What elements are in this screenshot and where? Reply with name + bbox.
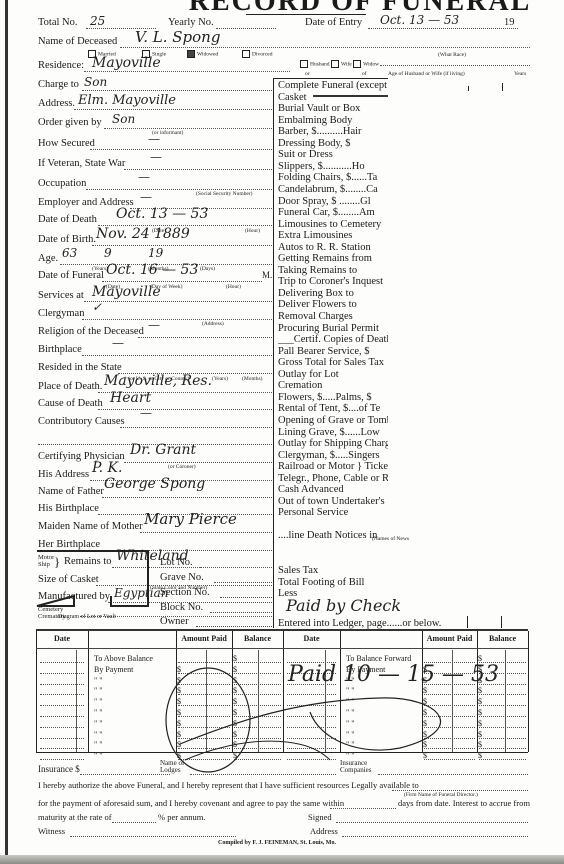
how-secured-label: How Secured: [38, 138, 95, 149]
services-at-value: Mayoville: [92, 284, 161, 300]
race-caption: (What Race): [438, 52, 466, 58]
veteran-label: If Veteran, State War: [38, 158, 125, 169]
right-ledger-balance-field[interactable]: [479, 697, 526, 706]
left-dollar-sign: $: [233, 740, 237, 749]
date-of-funeral-label: Date of Funeral: [38, 270, 104, 281]
cause-of-death-label: Cause of Death: [38, 398, 103, 409]
death-hour-caption: (Hour): [245, 228, 260, 234]
section-no-label: Section No.: [160, 587, 210, 598]
date-of-funeral-value: Oct. 16 — 53: [106, 262, 198, 278]
order-given-by-label: Order given by: [38, 117, 102, 128]
ledger-bottom-rule: [36, 752, 528, 753]
signed-label: Signed: [308, 812, 332, 822]
right-dollar-sign: $: [423, 686, 427, 695]
charge-item[interactable]: Rental of Tent, $....of Te: [278, 403, 388, 414]
per-annum-label: % per annum.: [158, 812, 205, 822]
date-of-death-label: Date of Death: [38, 214, 97, 225]
left-dollar-sign: $: [233, 676, 237, 685]
left-dollar-sign: $: [177, 719, 181, 728]
left-ledger-amount-field[interactable]: [178, 665, 230, 674]
left-ledger-date-field[interactable]: [40, 662, 84, 663]
am-pm-label: M.: [262, 270, 272, 280]
her-birthplace-label: Her Birthplace: [38, 539, 100, 550]
left-ledger-row-label: " ": [94, 730, 103, 739]
owner-label: Owner: [160, 616, 189, 627]
left-ledger-header-rule: [36, 648, 283, 649]
charge-item[interactable]: Autos to R. R. Station: [278, 242, 388, 253]
ledger-signature: Paid by Check: [286, 596, 401, 615]
charge-item[interactable]: Removal Charges: [278, 311, 388, 322]
charge-item[interactable]: Procuring Burial Permit: [278, 323, 388, 334]
religion-value: —: [148, 318, 160, 332]
right-ledger-header-balance: Balance: [477, 634, 528, 643]
spouse-of-label: of: [362, 71, 367, 77]
diagram-caption: Diagram of Lot or Vault: [58, 614, 116, 620]
right-ledger-date-field[interactable]: [287, 748, 336, 749]
left-dollar-sign: $: [177, 708, 181, 717]
left-dollar-sign: $: [177, 730, 181, 739]
left-ledger-date-field[interactable]: [40, 738, 84, 739]
right-ledger-amount-field[interactable]: [424, 719, 475, 728]
right-dollar-sign: $: [423, 708, 427, 717]
left-dollar-sign: $: [233, 708, 237, 717]
left-ledger-balance-field[interactable]: [234, 654, 281, 663]
manufactured-by-label: Manufactured by: [38, 591, 110, 602]
yearly-no-field[interactable]: [216, 28, 276, 29]
charge-item[interactable]: Trip to Coroner's Inquest: [278, 276, 388, 287]
left-ledger-date-field[interactable]: [40, 705, 84, 706]
right-ledger-amount-field[interactable]: [424, 730, 475, 739]
residence-field[interactable]: [84, 71, 290, 72]
lodges-field[interactable]: [190, 774, 336, 775]
marital-divorced[interactable]: Divorced: [242, 50, 272, 58]
grave-no-field[interactable]: [214, 582, 272, 583]
right-ledger-row-label: " ": [346, 719, 355, 728]
charge-item[interactable]: Burial Vault or Box: [278, 103, 388, 114]
charge-item[interactable]: Embalming Body: [278, 115, 388, 126]
left-dollar-sign: $: [177, 686, 181, 695]
spouse-options[interactable]: Husband Wife Widow: [300, 60, 379, 68]
charge-to-label: Charge to: [38, 79, 79, 90]
motor-ship-label: Motor Ship: [38, 554, 54, 568]
cause-of-death-value: Heart: [110, 390, 151, 406]
right-dollar-sign: $: [478, 719, 482, 728]
his-address-label: His Address: [38, 469, 89, 480]
left-ledger-balance-field[interactable]: [234, 697, 281, 706]
witness-field[interactable]: [70, 836, 236, 837]
date-of-birth-field[interactable]: [92, 245, 272, 246]
charge-item[interactable]: Extra Limousines: [278, 230, 388, 241]
spouse-or-label: or: [305, 71, 310, 77]
left-ledger-amount-field[interactable]: [178, 676, 230, 685]
right-dollar-sign: $: [478, 740, 482, 749]
interest-rate-field[interactable]: [112, 822, 156, 823]
ledger-tick-1: [467, 616, 468, 628]
authorization-line-3: maturity at the rate of: [38, 812, 112, 822]
ledger-top-rule: [36, 629, 528, 631]
authorization-line-2: for the payment of aforesaid sum, and I …: [38, 798, 344, 808]
left-ledger-amount-field[interactable]: [178, 686, 230, 695]
owner-field[interactable]: [196, 626, 272, 627]
brace: }: [54, 554, 60, 570]
how-secured-field[interactable]: [90, 149, 272, 150]
left-ledger-col-border: [88, 631, 89, 752]
right-ledger-balance-field[interactable]: [479, 719, 526, 728]
charge-item[interactable]: Taking Remains to: [278, 265, 388, 276]
left-ledger-amount-field[interactable]: [178, 654, 230, 663]
left-dollar-sign: $: [177, 697, 181, 706]
how-secured-value: —: [148, 132, 160, 146]
age-label: Age.: [38, 253, 58, 264]
cause-of-death-field[interactable]: [98, 409, 272, 410]
firm-name-field[interactable]: [392, 790, 528, 791]
left-ledger-amount-field[interactable]: [178, 740, 230, 749]
left-ledger-row-label: " ": [94, 697, 103, 706]
charge-item[interactable]: Personal Service: [278, 507, 388, 518]
right-dollar-sign: $: [423, 719, 427, 728]
veteran-value: —: [150, 150, 162, 164]
left-ledger-col-border: [36, 631, 37, 752]
right-dollar-sign: $: [478, 730, 482, 739]
date-of-birth-value: Nov. 24 1889: [96, 226, 190, 242]
right-ledger-balance-field[interactable]: [479, 730, 526, 739]
coroner-caption: (or Coroner): [168, 464, 196, 470]
charge-item[interactable]: ___Certif. Copies of Death C: [278, 334, 388, 345]
order-given-by-field[interactable]: [104, 128, 272, 129]
charge-item[interactable]: Casket: [278, 92, 388, 103]
left-ledger-balance-field[interactable]: [234, 719, 281, 728]
left-ledger-amount-field[interactable]: [178, 708, 230, 717]
block-no-label: Block No.: [160, 602, 203, 613]
left-dollar-sign: $: [233, 719, 237, 728]
left-ledger-header-date: Date: [36, 634, 88, 643]
left-ledger-balance-field[interactable]: [234, 730, 281, 739]
left-ledger-row-label: " ": [94, 719, 103, 728]
days-caption: (Days): [200, 266, 215, 272]
clergyman-field[interactable]: [82, 319, 272, 320]
charges-top-border: [273, 78, 388, 79]
name-of-father-value: George Spong: [104, 476, 205, 492]
charge-item[interactable]: Telegr., Phone, Cable or R: [278, 473, 388, 484]
right-ledger-amount-field[interactable]: [424, 708, 475, 717]
maiden-name-of-mother-value: Mary Pierce: [144, 510, 237, 528]
maiden-name-of-mother-label: Maiden Name of Mother: [38, 521, 143, 532]
section-no-field[interactable]: [220, 597, 272, 598]
charge-item[interactable]: Railroad or Motor } Tickets, $: [278, 461, 388, 472]
right-ledger-date-field[interactable]: [287, 705, 336, 706]
widow-checkbox[interactable]: [353, 60, 361, 68]
spouse-name-field[interactable]: [380, 65, 530, 66]
charge-item[interactable]: Suit or Dress: [278, 149, 388, 160]
left-ledger-balance-field[interactable]: [234, 740, 281, 749]
husband-checkbox[interactable]: [300, 60, 308, 68]
wife-checkbox[interactable]: [331, 60, 339, 68]
right-ledger-date-field[interactable]: [287, 727, 336, 728]
insurance-field[interactable]: [80, 774, 170, 775]
right-ledger-header-rule: [283, 648, 528, 649]
age-days-value: 19: [148, 246, 163, 260]
right-ledger-balance-field[interactable]: [479, 708, 526, 717]
grave-no-label: Grave No.: [160, 572, 204, 583]
maiden-name-of-mother-field[interactable]: [140, 532, 272, 533]
charge-item[interactable]: Delivering Box to: [278, 288, 388, 299]
insurance-companies-label: Insurance Companies: [340, 760, 380, 774]
residence-label: Residence:: [38, 60, 84, 71]
name-of-deceased-value: V. L. Spong: [135, 28, 220, 46]
charge-item[interactable]: Lining Grave, $......Low: [278, 427, 388, 438]
charge-to-value: Son: [84, 75, 107, 89]
charge-item[interactable]: Pall Bearer Service, $: [278, 346, 388, 357]
payment-entry-value: Paid 10 — 15 — 53: [288, 662, 499, 687]
divorced-checkbox[interactable]: [242, 50, 250, 58]
left-dollar-sign: $: [233, 654, 237, 663]
employer-value: —: [140, 190, 152, 204]
contributory-causes-field[interactable]: [120, 427, 272, 428]
lot-no-field[interactable]: [200, 567, 272, 568]
total-no-label: Total No.: [38, 17, 78, 28]
spouse-years-caption: Years: [514, 71, 526, 77]
right-dollar-sign: $: [478, 708, 482, 717]
right-ledger-date-field[interactable]: [287, 694, 336, 695]
left-dollar-sign: $: [177, 665, 181, 674]
charge-to-field[interactable]: [82, 90, 272, 91]
right-ledger-col-border: [340, 631, 341, 752]
charge-item[interactable]: Out of town Undertaker's: [278, 496, 388, 507]
charges-left-border: [273, 78, 274, 628]
address-field[interactable]: [74, 109, 272, 110]
occupation-label: Occupation: [38, 178, 86, 189]
date-of-entry-value: Oct. 13 — 53: [380, 13, 459, 27]
right-dollar-sign: $: [423, 730, 427, 739]
his-birthplace-label: His Birthplace: [38, 503, 99, 514]
scan-bottom-edge: [0, 855, 564, 864]
ssn-caption: (Social Security Number): [196, 191, 253, 197]
name-of-father-field[interactable]: [102, 497, 272, 498]
left-ledger-date-field[interactable]: [40, 684, 84, 685]
funeral-record-page: RECORD OF FUNERAL Total No. 25 Yearly No…: [0, 0, 564, 864]
right-ledger-date-field[interactable]: [287, 738, 336, 739]
name-of-deceased-label: Name of Deceased: [38, 36, 117, 47]
charge-item[interactable]: Getting Remains from: [278, 253, 388, 264]
document-title: RECORD OF FUNERAL: [170, 0, 550, 18]
contributory-causes-label: Contributory Causes: [38, 416, 125, 427]
insurance-label: Insurance $: [38, 764, 80, 774]
clergyman-address-caption: (Address): [202, 321, 224, 327]
charge-item[interactable]: Opening of Grave or Tomb: [278, 415, 388, 426]
certifying-physician-value: Dr. Grant: [130, 442, 196, 458]
charge-item[interactable]: Deliver Flowers to: [278, 299, 388, 310]
yearly-no-label: Yearly No.: [168, 17, 214, 28]
date-of-entry-label: Date of Entry: [305, 17, 362, 28]
right-ledger-row-label: " ": [346, 708, 355, 717]
entered-into-ledger-label: Entered into Ledger, page......or below.: [278, 618, 441, 629]
left-dollar-sign: $: [233, 686, 237, 695]
lodges-label: Name of Lodges: [160, 760, 190, 774]
left-ledger-row-label: By Payment: [94, 665, 133, 674]
charge-item[interactable]: Candelabrum, $........Ca: [278, 184, 388, 195]
right-ledger-header-amount-paid: Amount Paid: [422, 634, 477, 643]
left-ledger-row-label: " ": [94, 686, 103, 695]
charge-item[interactable]: Cash Advanced: [278, 484, 388, 495]
charge-item[interactable]: Clergyman, $.....Singers: [278, 450, 388, 461]
charge-item[interactable]: Gross Total for Sales Tax: [278, 357, 388, 368]
left-dollar-sign: $: [233, 665, 237, 674]
block-no-field[interactable]: [210, 612, 272, 613]
left-dollar-sign: $: [177, 676, 181, 685]
left-ledger-row-label: " ": [94, 708, 103, 717]
right-ledger-row-label: " ": [346, 697, 355, 706]
left-ledger-balance-field[interactable]: [234, 676, 281, 685]
signed-field[interactable]: [336, 822, 528, 823]
religion-field[interactable]: [138, 337, 272, 338]
charge-item[interactable]: Barber, $..........Hair: [278, 126, 388, 137]
right-ledger-balance-field[interactable]: [479, 740, 526, 749]
right-ledger-header-date: Date: [283, 634, 340, 643]
right-dollar-sign: $: [478, 686, 482, 695]
contributory-causes-value: —: [140, 406, 152, 420]
certifying-physician-field[interactable]: [124, 462, 272, 463]
age-months-value: 9: [104, 246, 112, 260]
left-dollar-sign: $: [177, 740, 181, 749]
compiler-credit: Compiled by F. J. FEINEMAN, St. Louis, M…: [218, 840, 336, 846]
scan-left-edge: [5, 0, 8, 864]
charge-item[interactable]: Dressing Body, $: [278, 138, 388, 149]
remains-to-label: Remains to: [64, 556, 112, 567]
left-ledger-balance-field[interactable]: [234, 686, 281, 695]
resided-label: Resided in the State: [38, 362, 122, 373]
total-no-value: 25: [90, 14, 105, 28]
left-ledger-amount-field[interactable]: [178, 697, 230, 706]
right-ledger-row-label: " ": [346, 740, 355, 749]
right-dollar-sign: $: [423, 740, 427, 749]
age-years-value: 63: [62, 246, 77, 260]
right-dollar-sign: $: [423, 697, 427, 706]
right-ledger-col-border: [528, 631, 529, 752]
charge-item[interactable]: Door Spray, $ ........Gl: [278, 196, 388, 207]
charge-item[interactable]: Limousines to Cemetery: [278, 219, 388, 230]
spouse-age-caption: Age of Husband or Wife (if living): [388, 71, 465, 77]
insurance-companies-field[interactable]: [378, 774, 528, 775]
left-ledger-balance-field[interactable]: [234, 708, 281, 717]
left-ledger-date-field[interactable]: [40, 694, 84, 695]
charge-item[interactable]: Slippers, $...........Ho: [278, 161, 388, 172]
right-ledger-amount-field[interactable]: [424, 686, 475, 695]
right-ledger-col-border: [283, 631, 284, 752]
resided-years-caption: (Years): [212, 376, 228, 382]
address-label-footer: Address: [310, 826, 338, 836]
services-at-field[interactable]: [84, 301, 272, 302]
left-ledger-row-label: " ": [94, 740, 103, 749]
left-ledger-date-field[interactable]: [40, 716, 84, 717]
left-ledger-date-field[interactable]: [40, 748, 84, 749]
marital-widowed[interactable]: Widowed: [187, 50, 218, 58]
lot-no-label: Lot No.: [160, 557, 193, 568]
left-ledger-header-balance: Balance: [232, 634, 283, 643]
funeral-hour-caption: (Hour): [226, 284, 241, 290]
date-of-entry-field[interactable]: [368, 28, 518, 29]
left-ledger-amount-field[interactable]: [178, 730, 230, 739]
right-ledger-date-field[interactable]: [287, 716, 336, 717]
name-of-father-label: Name of Father: [38, 486, 104, 497]
left-ledger-balance-field[interactable]: [234, 665, 281, 674]
widowed-checkbox-checked[interactable]: [187, 50, 195, 58]
right-ledger-amount-field[interactable]: [424, 740, 475, 749]
right-ledger-amount-field[interactable]: [424, 697, 475, 706]
charge-item[interactable]: Complete Funeral (except ou: [278, 80, 388, 91]
date-of-funeral-field[interactable]: [102, 281, 262, 282]
charge-item[interactable]: Outlay for Shipping Charg: [278, 438, 388, 449]
birthplace-field[interactable]: [82, 355, 272, 356]
place-of-death-label: Place of Death.: [38, 381, 102, 392]
right-ledger-date-field[interactable]: [287, 759, 336, 760]
ledger-tick-2: [501, 616, 502, 628]
his-address-value: P. K.: [92, 460, 122, 476]
left-ledger-row-label: To Above Balance: [94, 654, 153, 663]
left-ledger-date-field[interactable]: [40, 673, 84, 674]
name-of-deceased-field[interactable]: [120, 47, 530, 48]
size-of-casket-label: Size of Casket: [38, 574, 99, 585]
left-ledger-date-field[interactable]: [40, 759, 84, 760]
left-ledger-amount-field[interactable]: [178, 719, 230, 728]
place-of-death-value: Mayoville, Res.: [104, 373, 212, 389]
date-of-birth-label: Date of Birth.: [38, 234, 96, 245]
address-field-footer[interactable]: [342, 836, 528, 837]
left-ledger-row-label: " ": [94, 676, 103, 685]
days-from-date-label: days from date. Interest to accrue from: [398, 798, 530, 808]
left-ledger-header-amount-paid: Amount Paid: [176, 634, 232, 643]
charge-item[interactable]: Cremation: [278, 380, 388, 391]
order-given-by-value: Son: [112, 112, 135, 126]
occupation-value: —: [138, 170, 150, 184]
birthplace-label: Birthplace: [38, 344, 82, 355]
left-dollar-sign: $: [233, 730, 237, 739]
charge-item[interactable]: Funeral Car, $........Am: [278, 207, 388, 218]
left-dollar-sign: $: [233, 697, 237, 706]
tick-a: [468, 86, 469, 91]
birthplace-value: —: [112, 336, 124, 350]
religion-label: Religion of the Deceased: [38, 326, 144, 337]
newspaper-caption: (Names of News: [372, 536, 409, 542]
address-label: Address.: [38, 98, 75, 109]
charge-item[interactable]: Outlay for Lot: [278, 369, 388, 380]
services-at-label: Services at: [38, 290, 84, 301]
occupation-field[interactable]: [86, 189, 272, 190]
year-prefix: 19: [504, 17, 515, 28]
authorization-line-1: I hereby authorize the above Funeral, an…: [38, 780, 419, 790]
residence-value: Mayoville: [92, 55, 161, 71]
clergyman-value: ✓: [92, 300, 102, 314]
right-dollar-sign: $: [478, 697, 482, 706]
days-field[interactable]: [330, 808, 396, 809]
charge-item[interactable]: Total Footing of Bill: [278, 577, 388, 588]
title-rule: [246, 14, 366, 15]
tick-b: [502, 83, 503, 91]
right-ledger-balance-field[interactable]: [479, 686, 526, 695]
witness-label: Witness: [38, 826, 65, 836]
charge-item[interactable]: Sales Tax: [278, 565, 388, 576]
resided-months-caption: (Months): [242, 376, 262, 382]
left-ledger-date-field[interactable]: [40, 727, 84, 728]
right-ledger-row-label: " ": [346, 686, 355, 695]
date-of-death-value: Oct. 13 — 53: [116, 206, 208, 222]
address-value: Elm. Mayoville: [78, 93, 176, 108]
charge-item[interactable]: Flowers, $.....Palms, $: [278, 392, 388, 403]
clergyman-label: Clergyman: [38, 308, 84, 319]
right-ledger-row-label: " ": [346, 730, 355, 739]
charge-item[interactable]: Folding Chairs, $......Ta: [278, 172, 388, 183]
